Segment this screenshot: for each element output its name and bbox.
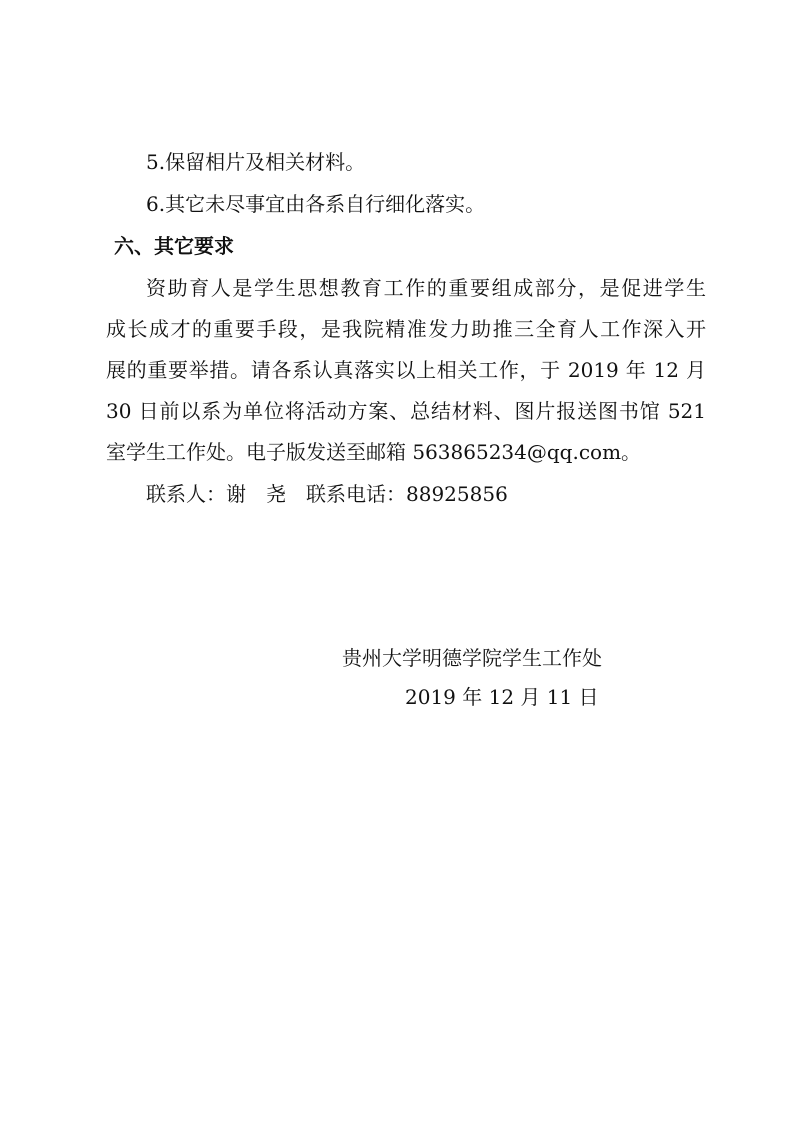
paragraph-line-2: 成长成才的重要手段，是我院精准发力助推三全育人工作深入开 [106, 317, 706, 341]
section-heading: 六、其它要求 [114, 234, 234, 258]
signature-organization: 贵州大学明德学院学生工作处 [342, 646, 602, 670]
paragraph-line-1: 资助育人是学生思想教育工作的重要组成部分，是促进学生 [146, 276, 706, 300]
paragraph-line-3: 展的重要举措。请各系认真落实以上相关工作，于 2019 年 12 月 [106, 358, 706, 382]
list-item-5: 5.保留相片及相关材料。 [146, 150, 365, 174]
signature-date: 2019 年 12 月 11 日 [405, 685, 599, 709]
paragraph-line-4: 30 日前以系为单位将活动方案、总结材料、图片报送图书馆 521 [106, 399, 706, 423]
contact-line: 联系人：谢 尧 联系电话：88925856 [146, 482, 508, 506]
list-item-6: 6.其它未尽事宜由各系自行细化落实。 [146, 192, 485, 216]
paragraph-line-5: 室学生工作处。电子版发送至邮箱 563865234@qq.com。 [106, 440, 641, 464]
